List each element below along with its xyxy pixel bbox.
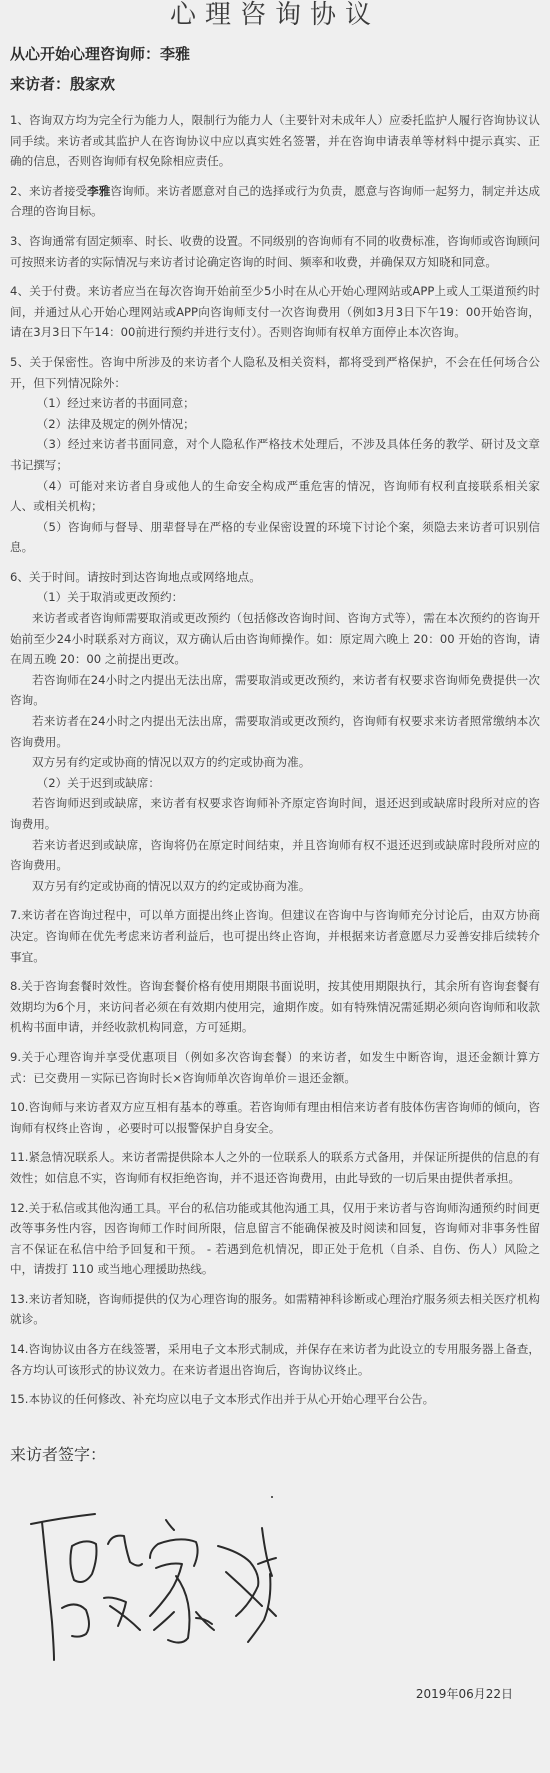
clause-6-sub1-para: 若来访者在24小时之内提出无法出席，需要取消或更改预约，咨询师有权要求来访者照常… xyxy=(10,711,540,752)
clause-text: 7.来访者在咨询过程中，可以单方面提出终止咨询。但建议在咨询中与咨询师充分讨论后… xyxy=(10,905,540,967)
clause-5-item: （3）经过来访者书面同意，对个人隐私作严格技术处理后，不涉及具体任务的教学、研讨… xyxy=(10,434,540,475)
clause-14: 14.咨询协议由各方在线签署，采用电子文本形式制成，并保存在来访者为此设立的专用… xyxy=(10,1339,540,1380)
clause-6: 6、关于时间。请按时到达咨询地点或网络地点。 （1）关于取消或更改预约： 来访者… xyxy=(10,567,540,897)
clauses-list: 1、咨询双方均为完全行为能力人，限制行为能力人（主要针对未成年人）应委托监护人履… xyxy=(10,110,540,1419)
clause-3: 3、咨询通常有固定频率、时长、收费的设置。不同级别的咨询师有不同的收费标准，咨询… xyxy=(10,231,540,272)
clause-text: 13.来访者知晓，咨询师提供的仅为心理咨询的服务。如需精神科诊断或心理治疗服务须… xyxy=(10,1289,540,1330)
clause-5: 5、关于保密性。咨询中所涉及的来访者个人隐私及相关资料，都将受到严格保护，不会在… xyxy=(10,352,540,558)
clause-8: 8.关于咨询套餐时效性。咨询套餐价格有使用期限书面说明，按其使用期限执行，其余所… xyxy=(10,976,540,1038)
clause-intro: 6、关于时间。请按时到达咨询地点或网络地点。 xyxy=(10,567,540,588)
clause-15: 15.本协议的任何修改、补充均应以电子文本形式作出并于从心开始心理平台公告。 xyxy=(10,1389,540,1410)
clause-text: 9.关于心理咨询并享受优惠项目（例如多次咨询套餐）的来访者，如发生中断咨询，退还… xyxy=(10,1047,540,1088)
clause-text: 3、咨询通常有固定频率、时长、收费的设置。不同级别的咨询师有不同的收费标准，咨询… xyxy=(10,231,540,272)
visitor-line: 来访者：殷家欢 xyxy=(10,74,115,94)
clause-5-item: （1）经过来访者的书面同意； xyxy=(10,393,540,414)
clause-6-sub1-heading: （1）关于取消或更改预约： xyxy=(10,587,540,608)
clause-10: 10.咨询师与来访者双方应互相有基本的尊重。若咨询师有理由相信来访者有肢体伤害咨… xyxy=(10,1097,540,1138)
visitor-label: 来访者： xyxy=(10,75,70,93)
signature-date: 2019年06月22日 xyxy=(416,1686,513,1702)
clause-6-sub1-para: 双方另有约定或协商的情况以双方的约定或协商为准。 xyxy=(10,752,540,773)
clause-text: 4、关于付费。来访者应当在每次咨询开始前至少5小时在从心开始心理网站或APP上或… xyxy=(10,281,540,343)
clause-text: 14.咨询协议由各方在线签署，采用电子文本形式制成，并保存在来访者为此设立的专用… xyxy=(10,1339,540,1380)
clause-text: 11.紧急情况联系人。来访者需提供除本人之外的一位联系人的联系方式备用，并保证所… xyxy=(10,1147,540,1188)
clause-6-sub2-para: 双方另有约定或协商的情况以双方的约定或协商为准。 xyxy=(10,876,540,897)
clause-6-sub1-para: 来访者或者咨询师需要取消或更改预约（包括修改咨询时间、咨询方式等），需在本次预约… xyxy=(10,608,540,670)
clause-11: 11.紧急情况联系人。来访者需提供除本人之外的一位联系人的联系方式备用，并保证所… xyxy=(10,1147,540,1188)
clause-text: 1、咨询双方均为完全行为能力人，限制行为能力人（主要针对未成年人）应委托监护人履… xyxy=(10,110,540,172)
clause-intro: 5、关于保密性。咨询中所涉及的来访者个人隐私及相关资料，都将受到严格保护，不会在… xyxy=(10,352,540,393)
counselor-label: 从心开始心理咨询师： xyxy=(10,45,160,63)
visitor-name: 殷家欢 xyxy=(70,75,115,93)
clause-1: 1、咨询双方均为完全行为能力人，限制行为能力人（主要针对未成年人）应委托监护人履… xyxy=(10,110,540,172)
clause-5-item: （4）可能对来访者自身或他人的生命安全构成严重危害的情况，咨询师有权利直接联系相… xyxy=(10,476,540,517)
clause-6-sub1-para: 若咨询师在24小时之内提出无法出席，需要取消或更改预约，来访者有权要求咨询师免费… xyxy=(10,670,540,711)
clause-text: 10.咨询师与来访者双方应互相有基本的尊重。若咨询师有理由相信来访者有肢体伤害咨… xyxy=(10,1097,540,1138)
clause-text: 12.关于私信或其他沟通工具。平台的私信功能或其他沟通工具，仅用于来访者与咨询师… xyxy=(10,1198,540,1280)
clause-2-counselor-name: 李雅 xyxy=(87,184,110,198)
clause-6-sub2-para: 若咨询师迟到或缺席，来访者有权要求咨询师补齐原定咨询时间，退还迟到或缺席时段所对… xyxy=(10,793,540,834)
clause-6-sub2-para: 若来访者迟到或缺席，咨询将仍在原定时间结束，并且咨询师有权不退还迟到或缺席时段所… xyxy=(10,835,540,876)
clause-7: 7.来访者在咨询过程中，可以单方面提出终止咨询。但建议在咨询中与咨询师充分讨论后… xyxy=(10,905,540,967)
page-title: 心理咨询协议 xyxy=(0,0,550,30)
clause-12: 12.关于私信或其他沟通工具。平台的私信功能或其他沟通工具，仅用于来访者与咨询师… xyxy=(10,1198,540,1280)
clause-text: 2、来访者接受李雅咨询师。来访者愿意对自己的选择或行为负责，愿意与咨询师一起努力… xyxy=(10,181,540,222)
clause-text: 8.关于咨询套餐时效性。咨询套餐价格有使用期限书面说明，按其使用期限执行，其余所… xyxy=(10,976,540,1038)
clause-5-item: （5）咨询师与督导、朋辈督导在严格的专业保密设置的环境下讨论个案，须隐去来访者可… xyxy=(10,517,540,558)
clause-2-prefix: 2、来访者接受 xyxy=(10,184,87,198)
clause-2: 2、来访者接受李雅咨询师。来访者愿意对自己的选择或行为负责，愿意与咨询师一起努力… xyxy=(10,181,540,222)
clause-5-item: （2）法律及规定的例外情况； xyxy=(10,414,540,435)
clause-4: 4、关于付费。来访者应当在每次咨询开始前至少5小时在从心开始心理网站或APP上或… xyxy=(10,281,540,343)
handwritten-signature xyxy=(0,1460,550,1680)
clause-13: 13.来访者知晓，咨询师提供的仅为心理咨询的服务。如需精神科诊断或心理治疗服务须… xyxy=(10,1289,540,1330)
counselor-line: 从心开始心理咨询师：李雅 xyxy=(10,44,190,64)
clause-6-sub2-heading: （2）关于迟到或缺席： xyxy=(10,773,540,794)
clause-text: 15.本协议的任何修改、补充均应以电子文本形式作出并于从心开始心理平台公告。 xyxy=(10,1389,540,1410)
clause-9: 9.关于心理咨询并享受优惠项目（例如多次咨询套餐）的来访者，如发生中断咨询，退还… xyxy=(10,1047,540,1088)
counselor-name: 李雅 xyxy=(160,45,190,63)
